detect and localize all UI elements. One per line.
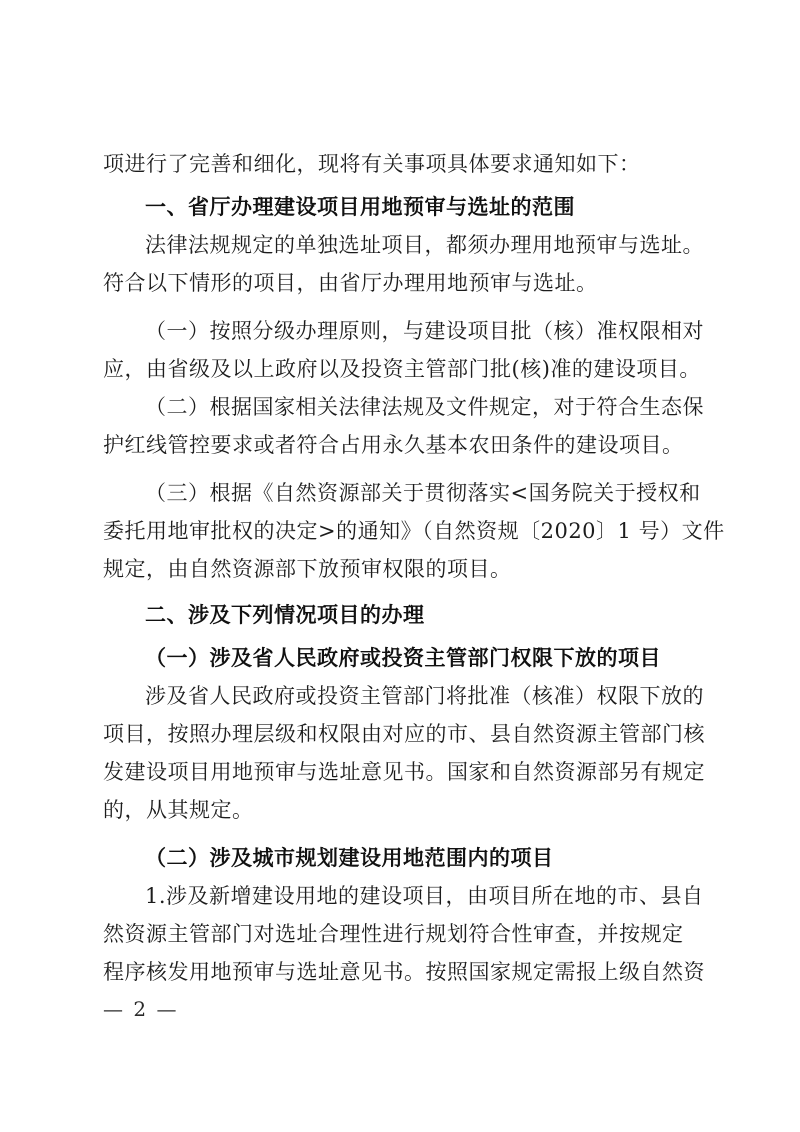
text-line: 1.涉及新增建设用地的建设项目，由项目所在地的市、县自: [103, 877, 703, 915]
text-line: 符合以下情形的项目，由省厅办理用地预审与选址。: [103, 264, 703, 302]
text-line: （三）根据《自然资源部关于贯彻落实<国务院关于授权和: [103, 474, 703, 512]
text-line: 委托用地审批权的决定>的通知》（自然资规〔2020〕1 号）文件: [103, 512, 703, 550]
document-body: 项进行了完善和细化，现将有关事项具体要求通知如下： 一、省厅办理建设项目用地预审…: [103, 145, 703, 991]
document-page: 项进行了完善和细化，现将有关事项具体要求通知如下： 一、省厅办理建设项目用地预审…: [0, 0, 800, 1132]
text-line: 程序核发用地预审与选址意见书。按照国家规定需报上级自然资: [103, 953, 703, 991]
text-line: 应，由省级及以上政府以及投资主管部门批(核)准的建设项目。: [103, 350, 703, 388]
text-line: 项目，按照办理层级和权限由对应的市、县自然资源主管部门核: [103, 715, 703, 753]
text-line: 护红线管控要求或者符合占用永久基本农田条件的建设项目。: [103, 426, 703, 464]
text-line: 规定，由自然资源部下放预审权限的项目。: [103, 550, 703, 588]
subsection-heading: （一）涉及省人民政府或投资主管部门权限下放的项目: [103, 639, 703, 677]
text-line: 发建设项目用地预审与选址意见书。国家和自然资源部另有规定: [103, 753, 703, 791]
text-line: 项进行了完善和细化，现将有关事项具体要求通知如下：: [103, 145, 703, 183]
section-heading: 二、涉及下列情况项目的办理: [103, 596, 703, 634]
page-number: — 2 —: [103, 997, 178, 1021]
text-line: 的，从其规定。: [103, 791, 703, 829]
text-line: （二）根据国家相关法律法规及文件规定，对于符合生态保: [103, 388, 703, 426]
section-heading: 一、省厅办理建设项目用地预审与选址的范围: [103, 188, 703, 226]
text-line: 法律法规规定的单独选址项目，都须办理用地预审与选址。: [103, 226, 703, 264]
text-line: 涉及省人民政府或投资主管部门将批准（核准）权限下放的: [103, 677, 703, 715]
subsection-heading: （二）涉及城市规划建设用地范围内的项目: [103, 839, 703, 877]
text-line: （一）按照分级办理原则，与建设项目批（核）准权限相对: [103, 312, 703, 350]
text-line: 然资源主管部门对选址合理性进行规划符合性审查，并按规定: [103, 915, 703, 953]
